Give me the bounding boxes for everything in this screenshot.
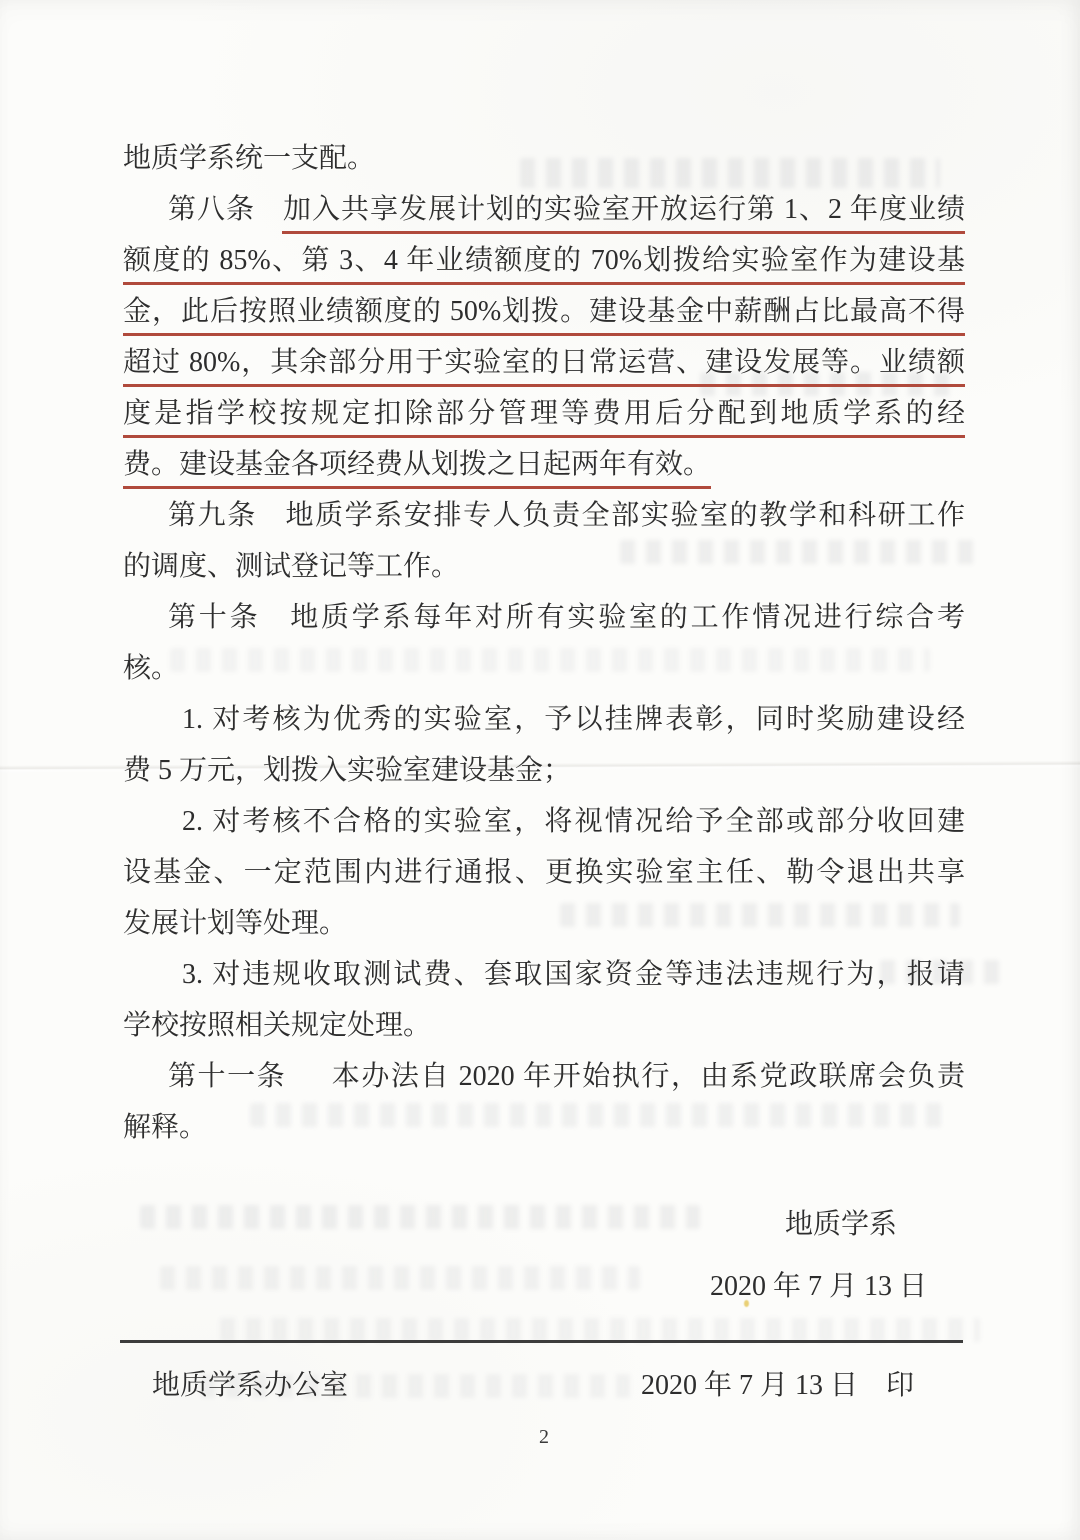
text-line: 学校按照相关规定处理。	[123, 1000, 965, 1051]
text-line: 解释。	[123, 1102, 965, 1153]
footer-print-date: 2020 年 7 月 13 日 印	[641, 1366, 914, 1406]
text-line: 金，此后按照业绩额度的 50%划拨。建设基金中薪酬占比最高不得	[123, 286, 965, 337]
footer-divider-line	[120, 1340, 963, 1343]
document-footer: 地质学系办公室 2020 年 7 月 13 日 印	[152, 1366, 914, 1406]
text-segment: 地质学系每年对所有实验室的工作情况进行综合考	[287, 602, 965, 633]
text-line: 的调度、测试登记等工作。	[123, 541, 965, 592]
text-line: 第十一条本办法自 2020 年开始执行，由系党政联席会负责	[123, 1051, 965, 1102]
inline-gap	[257, 523, 284, 524]
text-segment: 发展计划等处理。	[123, 908, 347, 939]
signature-department: 地质学系	[123, 1199, 965, 1250]
underlined-text: 费。建设基金各项经费从划拨之日起两年有效。	[123, 449, 711, 489]
text-segment: 解释。	[123, 1112, 207, 1143]
text-line: 额度的 85%、第 3、4 年业绩额度的 70%划拨给实验室作为建设基	[123, 235, 965, 286]
signature-block: 地质学系 2020 年 7 月 13 日	[123, 1199, 965, 1312]
text-line: 核。	[123, 643, 965, 694]
text-segment: 核。	[123, 653, 179, 684]
text-segment: 学校按照相关规定处理。	[123, 1010, 431, 1041]
text-segment: 第十一条	[168, 1061, 286, 1092]
inline-gap	[255, 217, 282, 218]
text-segment: 设基金、一定范围内进行通报、更换实验室主任、勒令退出共享	[123, 857, 965, 888]
text-line: 超过 80%，其余部分用于实验室的日常运营、建设发展等。业绩额	[123, 337, 965, 388]
text-segment: 2. 对考核不合格的实验室，将视情况给予全部或部分收回建	[182, 806, 965, 837]
text-segment: 第十条	[168, 602, 260, 633]
text-line: 地质学系统一支配。	[123, 133, 965, 184]
footer-office-name: 地质学系办公室	[152, 1366, 348, 1406]
scanned-page: 地质学系统一支配。第八条加入共享发展计划的实验室开放运行第 1、2 年度业绩额度…	[0, 0, 1080, 1540]
underlined-text: 超过 80%，其余部分用于实验室的日常运营、建设发展等。业绩额	[123, 347, 965, 387]
underlined-text: 加入共享发展计划的实验室开放运行第 1、2 年度业绩	[282, 194, 965, 234]
text-line: 设基金、一定范围内进行通报、更换实验室主任、勒令退出共享	[123, 847, 965, 898]
text-segment: 1. 对考核为优秀的实验室，予以挂牌表彰，同时奖励建设经	[182, 704, 965, 735]
text-segment: 本办法自 2020 年开始执行，由系党政联席会负责	[330, 1061, 965, 1092]
signature-date: 2020 年 7 月 13 日	[123, 1261, 965, 1312]
text-segment: 地质学系安排专人负责全部实验室的教学和科研工作	[284, 500, 965, 531]
underlined-text: 度是指学校按规定扣除部分管理等费用后分配到地质学系的经	[123, 398, 965, 438]
text-segment: 3. 对违规收取测试费、套取国家资金等违法违规行为，报请	[182, 959, 965, 990]
underlined-text: 金，此后按照业绩额度的 50%划拨。建设基金中薪酬占比最高不得	[123, 296, 965, 336]
text-line: 2. 对考核不合格的实验室，将视情况给予全部或部分收回建	[123, 796, 965, 847]
text-segment: 费 5 万元，划拨入实验室建设基金；	[123, 755, 571, 786]
text-line: 费。建设基金各项经费从划拨之日起两年有效。	[123, 439, 965, 490]
text-segment: 第九条	[168, 500, 257, 531]
text-segment: 第八条	[168, 194, 255, 225]
text-line: 发展计划等处理。	[123, 898, 965, 949]
text-line: 费 5 万元，划拨入实验室建设基金；	[123, 745, 965, 796]
text-line: 第十条地质学系每年对所有实验室的工作情况进行综合考	[123, 592, 965, 643]
document-lines: 地质学系统一支配。第八条加入共享发展计划的实验室开放运行第 1、2 年度业绩额度…	[123, 133, 965, 1153]
inline-gap	[260, 625, 287, 626]
text-line: 第八条加入共享发展计划的实验室开放运行第 1、2 年度业绩	[123, 184, 965, 235]
text-line: 第九条地质学系安排专人负责全部实验室的教学和科研工作	[123, 490, 965, 541]
page-number: 2	[123, 1426, 965, 1449]
underlined-text: 额度的 85%、第 3、4 年业绩额度的 70%划拨给实验室作为建设基	[123, 245, 965, 285]
text-segment: 的调度、测试登记等工作。	[123, 551, 459, 582]
text-line: 3. 对违规收取测试费、套取国家资金等违法违规行为，报请	[123, 949, 965, 1000]
inline-gap	[286, 1084, 330, 1085]
text-line: 1. 对考核为优秀的实验室，予以挂牌表彰，同时奖励建设经	[123, 694, 965, 745]
bleedthrough-smudge	[220, 1318, 980, 1342]
text-line: 度是指学校按规定扣除部分管理等费用后分配到地质学系的经	[123, 388, 965, 439]
text-segment: 地质学系统一支配。	[123, 143, 375, 174]
